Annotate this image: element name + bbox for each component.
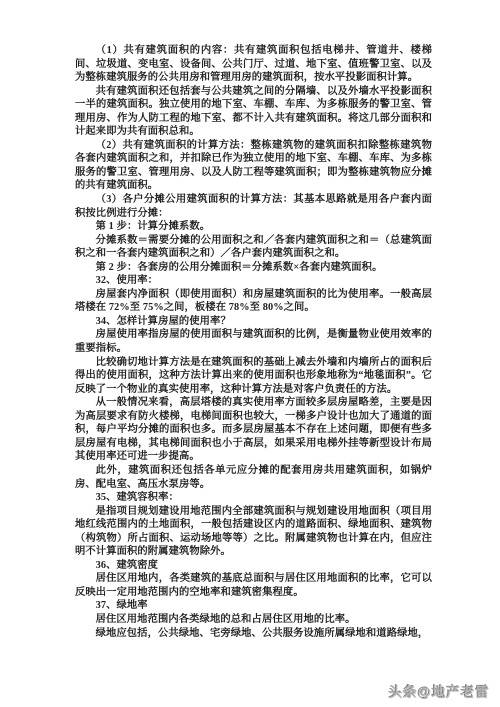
paragraph: 从一般情况来看，高层塔楼的真实使用率方面较多层房屋略差，主要是因为高层要求有防火… (75, 396, 432, 464)
toutiao-watermark: 头条@地产老雷 (389, 681, 490, 701)
document-body: （1）共有建筑面积的内容：共有建筑面积包括电梯井、管道井、楼梯间、垃圾道、变电室… (75, 44, 432, 640)
paragraph: 是指项目规划建设用地范围内全部建筑面积与规划建设用地面积（项目用地红线范围内的土… (75, 505, 432, 559)
paragraph: 第 1 步：计算分摊系数。 (75, 220, 432, 234)
paragraph: （3）各户分摊公用建筑面积的计算方法：其基本思路就是用各户套内面积按比例进行分摊… (75, 193, 432, 220)
section-heading: 32、使用率： (75, 274, 432, 288)
paragraph: 分摊系数＝需要分摊的公用面积之和／各套内建筑面积之和＝（总建筑面积之和一各套内建… (75, 234, 432, 261)
paragraph: 居住区用地内，各类建筑的基底总面积与居住区用地面积的比率，它可以反映出一定用地范… (75, 572, 432, 599)
paragraph: 第 2 步：各套房的公用分摊面积＝分摊系数×各套内建筑面积。 (75, 261, 432, 275)
paragraph: 共有建筑面积还包括套与公共建筑之间的分隔墙、以及外墙水平投影面积一半的建筑面积。… (75, 85, 432, 139)
section-heading: 36、建筑密度 (75, 559, 432, 573)
paragraph: 房屋套内净面积（即使用面积）和房屋建筑面积的比为使用率。一般高层塔楼在 72%至… (75, 288, 432, 315)
section-heading: 35、建筑容积率： (75, 491, 432, 505)
paragraph: 此外，建筑面积还包括各单元应分摊的配套用房共用建筑面积，如锅炉房、配电室、高压水… (75, 464, 432, 491)
paragraph: （1）共有建筑面积的内容：共有建筑面积包括电梯井、管道井、楼梯间、垃圾道、变电室… (75, 44, 432, 85)
paragraph: 房屋使用率指房屋的使用面积与建筑面积的比例，是衡量物业使用效率的重要指标。 (75, 328, 432, 355)
document-page: （1）共有建筑面积的内容：共有建筑面积包括电梯井、管道井、楼梯间、垃圾道、变电室… (0, 0, 500, 707)
section-heading: 37、绿地率 (75, 599, 432, 613)
paragraph: 居住区用地范围内各类绿地的总和占居住区用地的比率。 (75, 613, 432, 627)
paragraph: 比较确切地计算方法是在建筑面积的基础上减去外墙和内墙所占的面积后得出的使用面积，… (75, 356, 432, 397)
paragraph: （2）共有建筑面积的计算方法：整栋建筑物的建筑面积扣除整栋建筑物各套内建筑面积之… (75, 139, 432, 193)
section-heading: 34、怎样计算房屋的使用率？ (75, 315, 432, 329)
paragraph: 绿地应包括，公共绿地、宅旁绿地、公共服务设施所属绿地和道路绿地， (75, 627, 432, 641)
